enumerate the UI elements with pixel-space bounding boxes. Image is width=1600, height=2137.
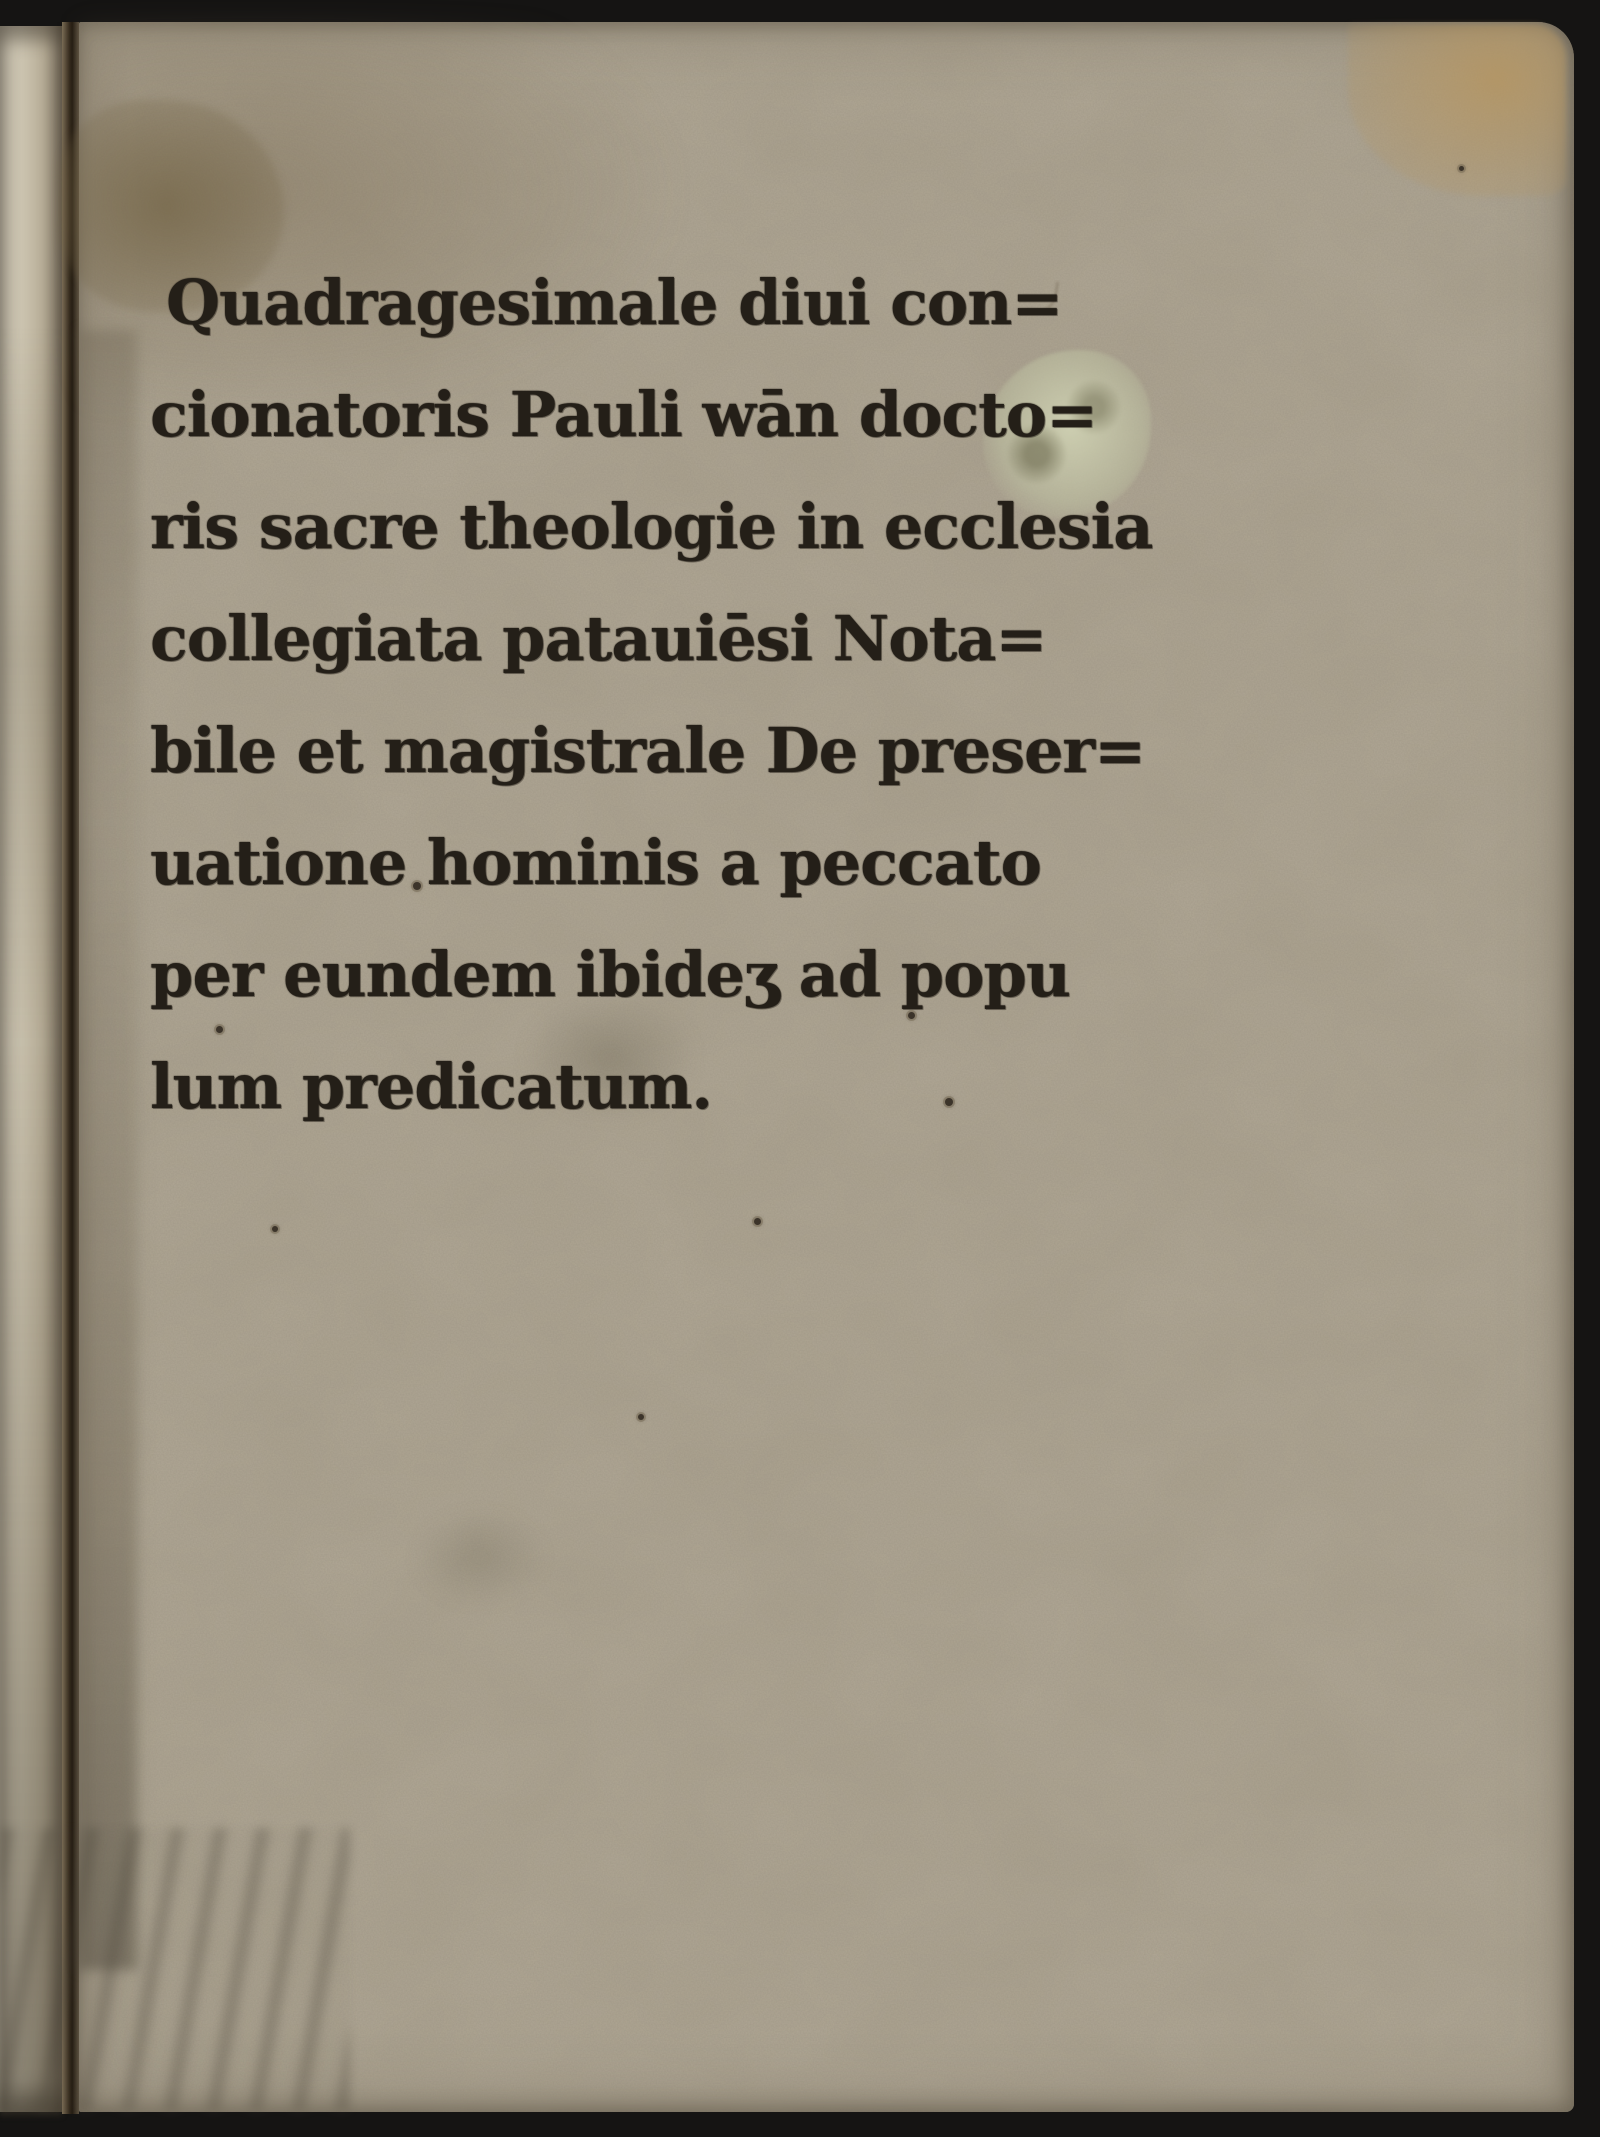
title-text-block: Quadragesimale diui con= cionatoris Paul…: [150, 266, 1010, 1162]
title-line-1: Quadragesimale diui con=: [150, 266, 1010, 378]
title-line-5: bile et magistrale De preser=: [150, 714, 1010, 826]
wormhole-speck: [272, 1226, 278, 1232]
title-line-8: lum predicatum.: [150, 1050, 1010, 1162]
wormhole-speck: [1459, 166, 1464, 171]
spine-fold: [62, 22, 79, 2114]
flyleaf-edge: [0, 26, 62, 2112]
title-line-3: ris sacre theologie in ecclesia: [150, 490, 1010, 602]
flyleaf-streaks: [0, 326, 62, 2116]
wormhole-speck: [638, 1414, 644, 1420]
wormhole-speck: [754, 1218, 761, 1225]
title-line-6: uatione hominis a peccato: [150, 826, 1010, 938]
title-line-7: per eundem ibideʒ ad popu: [150, 938, 1010, 1050]
scan-bed: Quadragesimale diui con= cionatoris Paul…: [0, 0, 1600, 2137]
title-line-4: collegiata patauiēsi Nota=: [150, 602, 1010, 714]
title-line-2: cionatoris Pauli wān docto=: [150, 378, 1010, 490]
